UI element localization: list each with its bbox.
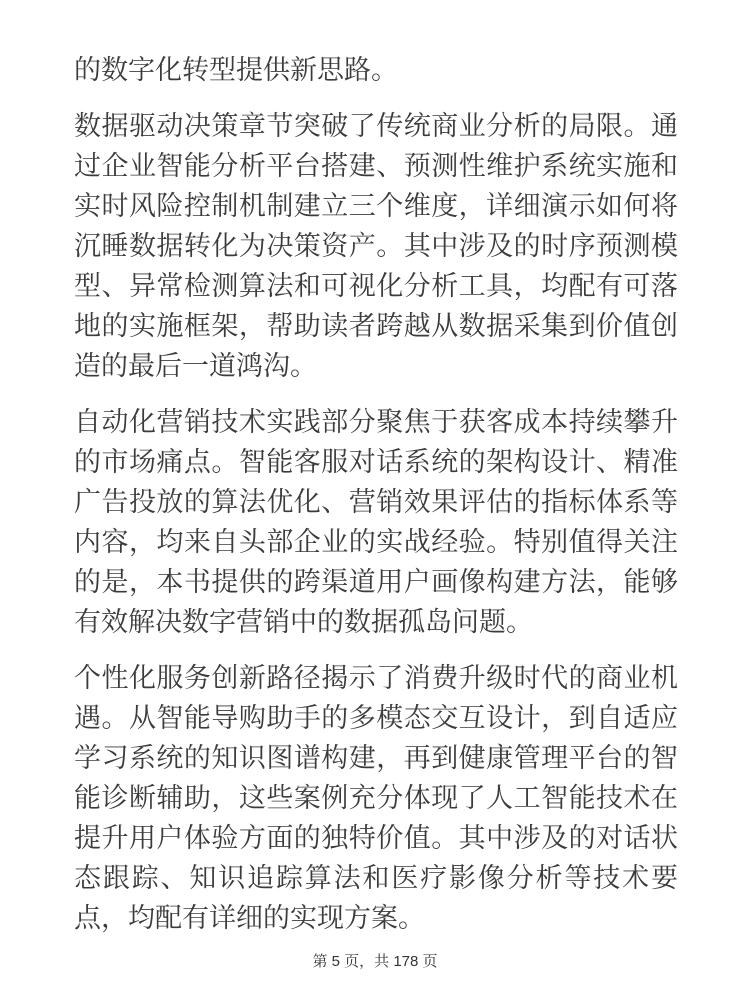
document-page: 的数字化转型提供新思路。 数据驱动决策章节突破了传统商业分析的局限。通过企业智能… xyxy=(0,0,750,1000)
document-body: 的数字化转型提供新思路。 数据驱动决策章节突破了传统商业分析的局限。通过企业智能… xyxy=(74,50,678,954)
paragraph-data-driven-decisions: 数据驱动决策章节突破了传统商业分析的局限。通过企业智能分析平台搭建、预测性维护系… xyxy=(74,106,678,386)
page-number-label: 第 5 页，共 178 页 xyxy=(312,953,437,970)
paragraph-personalized-services: 个性化服务创新路径揭示了消费升级时代的商业机遇。从智能导购助手的多模态交互设计，… xyxy=(74,658,678,938)
paragraph-continuation: 的数字化转型提供新思路。 xyxy=(74,50,678,90)
paragraph-marketing-automation: 自动化营销技术实践部分聚焦于获客成本持续攀升的市场痛点。智能客服对话系统的架构设… xyxy=(74,402,678,642)
page-footer: 第 5 页，共 178 页 xyxy=(0,952,750,972)
